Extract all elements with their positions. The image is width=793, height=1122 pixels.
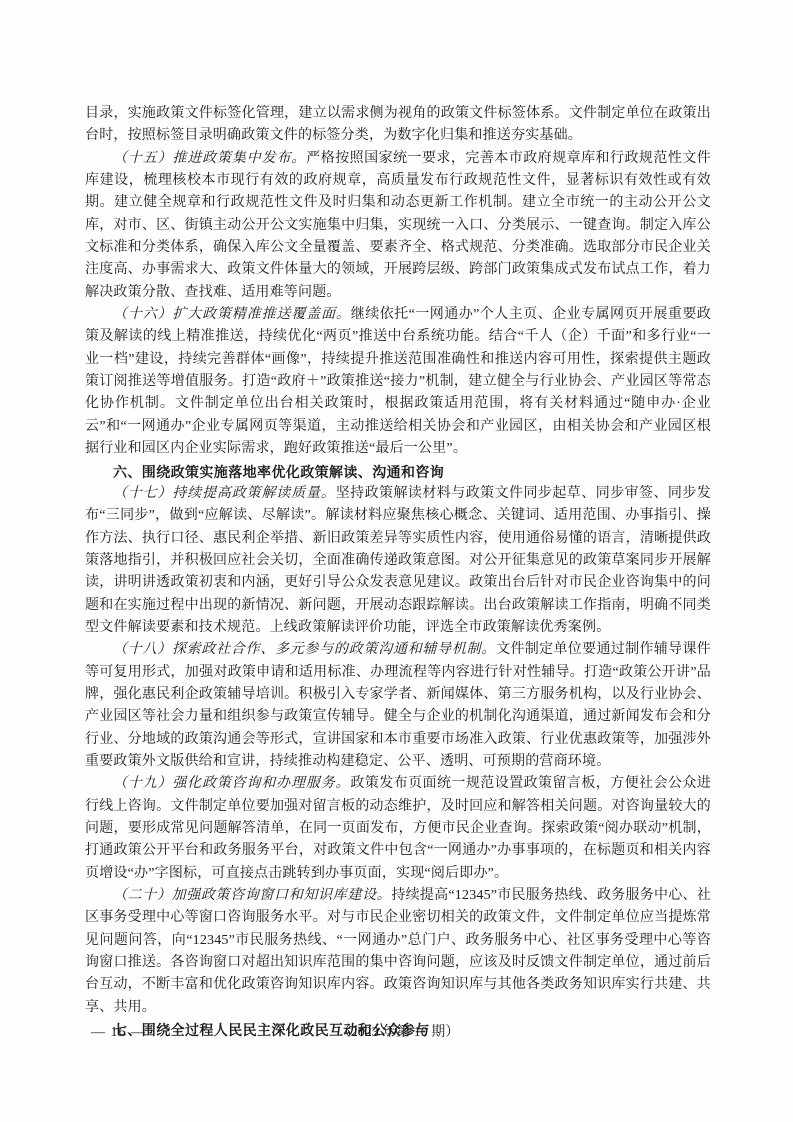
item-body: 文件制定单位要通过制作辅导课件等可复用形式，加强对政策申请和适用标准、办理流程等… <box>85 642 711 769</box>
item-paragraph: （十五）推进政策集中发布。严格按照国家统一要求，完善本市政府规章库和行政规范性文… <box>85 148 711 304</box>
item-body: 继续依托“一网通办”个人主页、企业专属网页开展重要政策及解读的线上精准推送，持续… <box>85 307 711 456</box>
document-body: 目录，实施政策文件标签化管理，建立以需求侧为视角的政策文件标签体系。文件制定单位… <box>85 103 711 1041</box>
item-body: 持续提高“12345”市民服务热线、政务服务中心、社区事务受理中心等窗口咨询服务… <box>85 888 711 1015</box>
item-paragraph: （十七）持续提高政策解读质量。坚持政策解读材料与政策文件同步起草、同步审签、同步… <box>85 483 711 639</box>
item-lead: （十八）探索政社合作、多元参与的政策沟通和辅导机制。 <box>113 642 496 657</box>
issue-label: （2023 年第 10 期） <box>85 1021 711 1044</box>
item-lead: （十九）强化政策咨询和办理服务。 <box>113 776 350 791</box>
document-page: 目录，实施政策文件标签化管理，建立以需求侧为视角的政策文件标签体系。文件制定单位… <box>0 0 793 1122</box>
item-lead: （十五）推进政策集中发布。 <box>113 151 306 166</box>
page-number: — 16 — <box>91 1021 146 1044</box>
item-body: 严格按照国家统一要求，完善本市政府规章库和行政规范性文件库建设，梳理核校本市现行… <box>85 151 711 300</box>
item-paragraph: （十八）探索政社合作、多元参与的政策沟通和辅导机制。文件制定单位要通过制作辅导课… <box>85 639 711 773</box>
item-paragraph: （二十）加强政策咨询窗口和知识库建设。持续提高“12345”市民服务热线、政务服… <box>85 885 711 1019</box>
item-body: 坚持政策解读材料与政策文件同步起草、同步审签、同步发布“三同步”，做到“应解读、… <box>85 486 711 635</box>
item-paragraph: （十九）强化政策咨询和办理服务。政策发布页面统一规范设置政策留言板，方便社会公众… <box>85 773 711 885</box>
page-footer: — 16 — （2023 年第 10 期） <box>85 1021 711 1044</box>
section-heading: 六、围绕政策实施落地率优化政策解读、沟通和咨询 <box>85 461 711 483</box>
item-lead: （十六）扩大政策精准推送覆盖面。 <box>113 307 351 322</box>
item-paragraph: （十六）扩大政策精准推送覆盖面。继续依托“一网通办”个人主页、企业专属网页开展重… <box>85 304 711 460</box>
item-lead: （二十）加强政策咨询窗口和知识库建设。 <box>113 888 391 903</box>
item-lead: （十七）持续提高政策解读质量。 <box>113 486 336 501</box>
item-body: 政策发布页面统一规范设置政策留言板，方便社会公众进行线上咨询。文件制定单位要加强… <box>85 776 711 880</box>
continuation-paragraph: 目录，实施政策文件标签化管理，建立以需求侧为视角的政策文件标签体系。文件制定单位… <box>85 103 711 148</box>
